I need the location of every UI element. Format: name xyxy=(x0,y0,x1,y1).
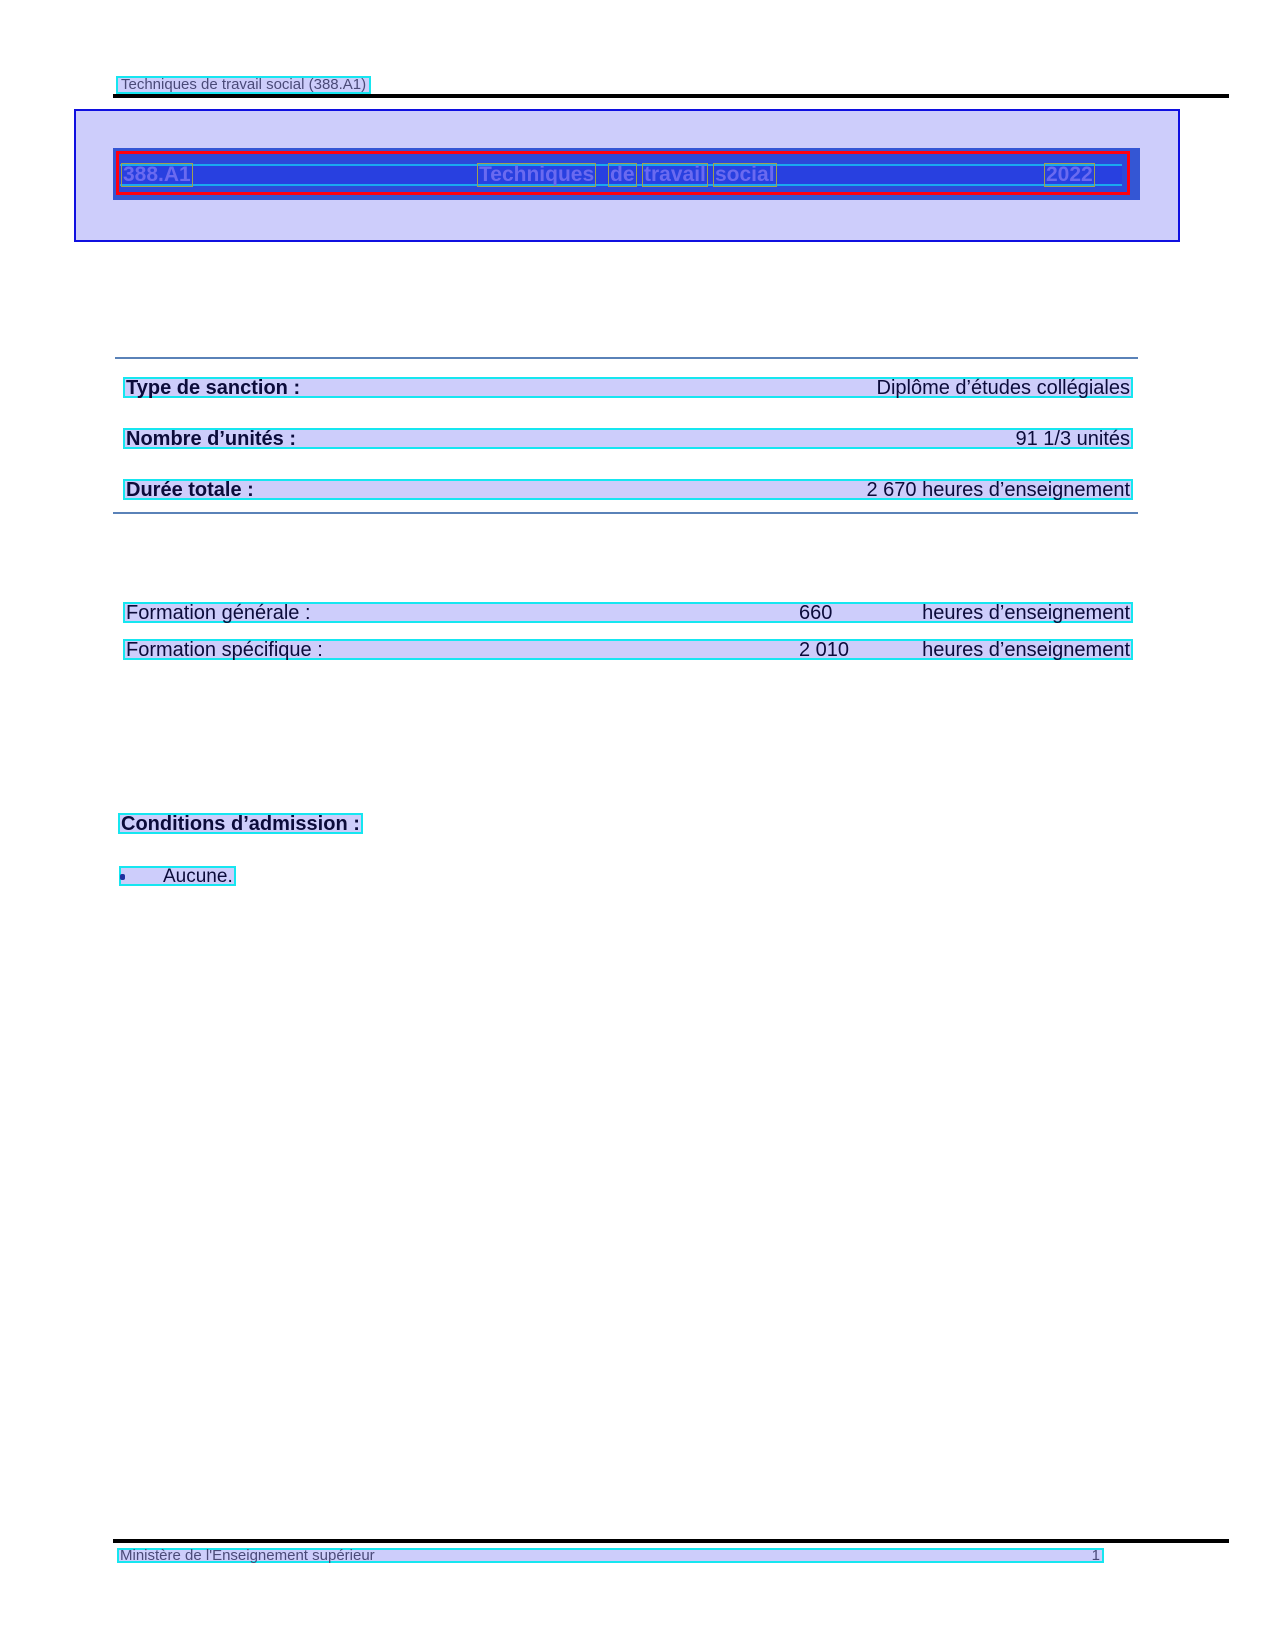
summary-row-units: Nombre d’unités : 91 1/3 unités xyxy=(123,428,1133,449)
summary-row-sanction: Type de sanction : Diplôme d’études coll… xyxy=(123,377,1133,398)
formation-unit: heures d’enseignement xyxy=(922,641,1130,659)
footer-rule xyxy=(113,1539,1229,1543)
summary-row-duration: Durée totale : 2 670 heures d’enseigneme… xyxy=(123,479,1133,500)
formation-hours: 2 010 xyxy=(799,641,849,659)
summary-value: 2 670 heures d’enseignement xyxy=(866,481,1130,499)
summary-label: Type de sanction : xyxy=(126,379,300,397)
formation-row-specific: Formation spécifique : 2 010 heures d’en… xyxy=(123,639,1133,660)
summary-label: Nombre d’unités : xyxy=(126,430,296,448)
admission-item-text: Aucune. xyxy=(163,868,233,885)
header-rule xyxy=(113,94,1229,98)
page-number: 1 xyxy=(1092,1550,1100,1562)
formation-label: Formation spécifique : xyxy=(126,641,323,659)
program-code: 388.A1 xyxy=(121,163,193,187)
program-title-word: de xyxy=(608,163,637,187)
admission-list-item: Aucune. xyxy=(119,866,236,886)
formation-label: Formation générale : xyxy=(126,604,311,622)
formation-row-general: Formation générale : 660 heures d’enseig… xyxy=(123,602,1133,623)
admission-heading: Conditions d’admission : xyxy=(118,813,363,834)
summary-value: Diplôme d’études collégiales xyxy=(877,379,1130,397)
formation-hours: 660 xyxy=(799,604,832,622)
program-title-word: social xyxy=(713,163,777,187)
summary-value: 91 1/3 unités xyxy=(1015,430,1130,448)
running-header: Techniques de travail social (388.A1) xyxy=(116,76,371,94)
footer-ministry: Ministère de l'Enseignement supérieur xyxy=(120,1550,375,1562)
summary-label: Durée totale : xyxy=(126,481,254,499)
program-title-word: Techniques xyxy=(477,163,596,187)
summary-bottom-rule xyxy=(113,512,1138,514)
bullet-icon xyxy=(120,874,125,880)
footer: Ministère de l'Enseignement supérieur 1 xyxy=(117,1548,1104,1563)
program-title-word: travail xyxy=(642,163,708,187)
formation-unit: heures d’enseignement xyxy=(922,604,1130,622)
summary-top-rule xyxy=(115,357,1138,359)
program-year: 2022 xyxy=(1044,163,1095,187)
